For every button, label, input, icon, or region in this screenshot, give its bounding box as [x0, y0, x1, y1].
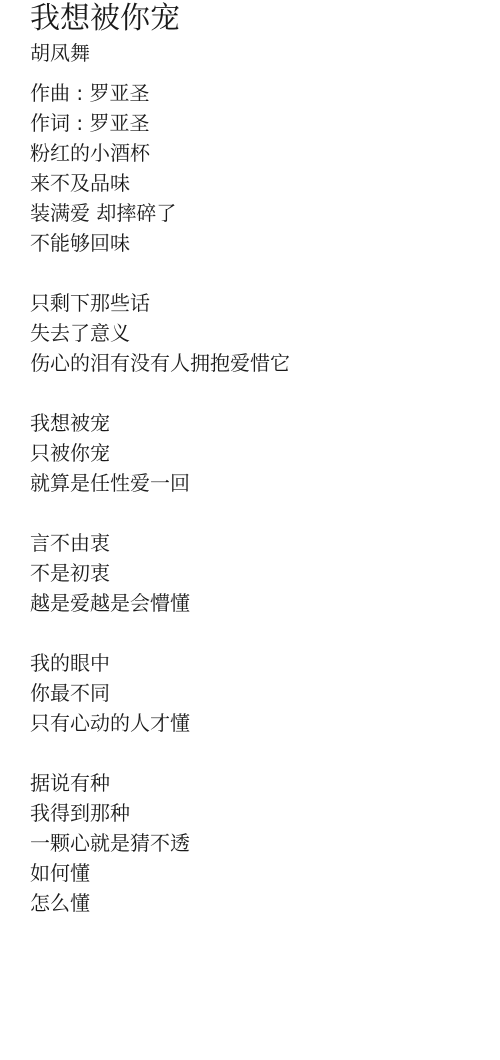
lyric-line: 一颗心就是猜不透	[30, 828, 290, 858]
lyric-line: 言不由衷	[30, 528, 290, 558]
lyric-line: 就算是任性爱一回	[30, 468, 290, 498]
lyric-line: 如何懂	[30, 858, 290, 888]
lyric-line: 只有心动的人才懂	[30, 708, 290, 738]
lyric-line: 越是爱越是会懵懂	[30, 588, 290, 618]
lyric-line: 失去了意义	[30, 318, 290, 348]
lyric-line: 不能够回味	[30, 228, 290, 258]
lyric-line: 作曲 : 罗亚圣	[30, 78, 290, 108]
lyric-line: 来不及品味	[30, 168, 290, 198]
lyric-line: 据说有种	[30, 768, 290, 798]
lyric-line: 只被你宠	[30, 438, 290, 468]
artist-name: 胡凤舞	[30, 40, 90, 66]
lyric-line: 我的眼中	[30, 648, 290, 678]
lyric-line: 粉红的小酒杯	[30, 138, 290, 168]
song-title: 我想被你宠	[30, 0, 180, 38]
lyric-line: 我想被宠	[30, 408, 290, 438]
lyrics-list: 作曲 : 罗亚圣 作词 : 罗亚圣 粉红的小酒杯 来不及品味 装满爱 却摔碎了 …	[30, 78, 290, 918]
lyric-line: 怎么懂	[30, 888, 290, 918]
lyric-line: 我得到那种	[30, 798, 290, 828]
lyric-line: 只剩下那些话	[30, 288, 290, 318]
lyric-line	[30, 618, 290, 648]
lyric-line: 作词 : 罗亚圣	[30, 108, 290, 138]
lyric-line	[30, 738, 290, 768]
lyric-line: 你最不同	[30, 678, 290, 708]
lyric-line: 不是初衷	[30, 558, 290, 588]
lyric-line	[30, 378, 290, 408]
lyric-line	[30, 258, 290, 288]
lyric-line: 伤心的泪有没有人拥抱爱惜它	[30, 348, 290, 378]
lyric-line	[30, 498, 290, 528]
lyric-line: 装满爱 却摔碎了	[30, 198, 290, 228]
